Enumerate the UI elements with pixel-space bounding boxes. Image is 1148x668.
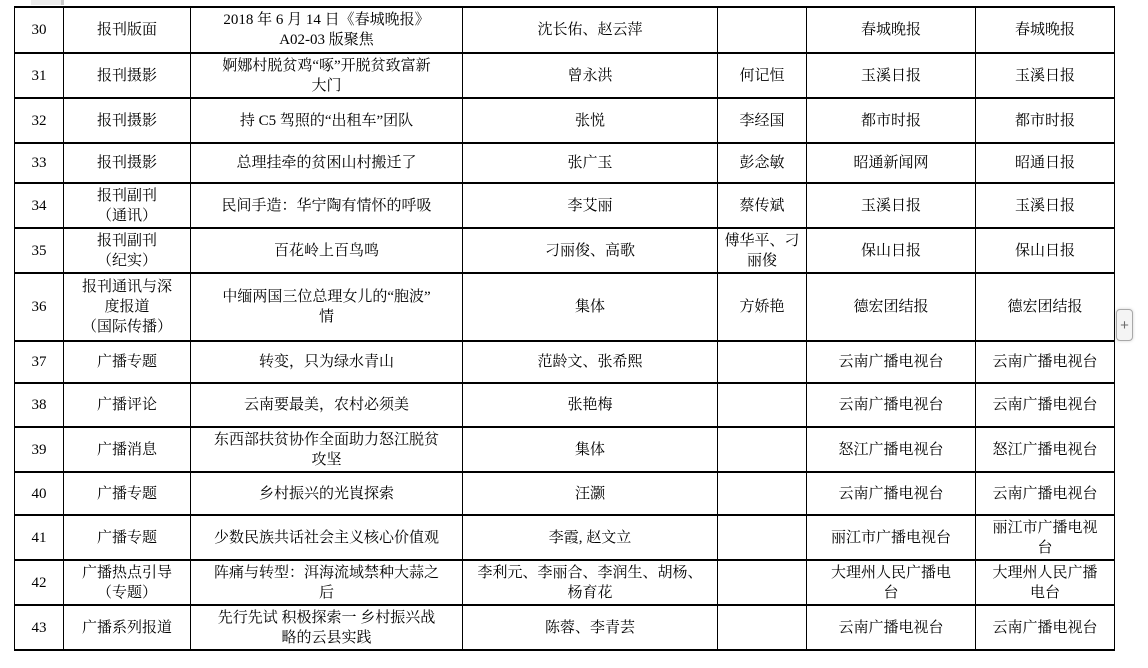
publisher-cell: 云南广播电视台 [807,605,976,650]
editors-cell [718,7,807,53]
title-cell: 民间手造：华宁陶有情怀的呼吸 [191,183,463,228]
authors-cell: 张悦 [463,98,718,143]
serial-number-cell: 36 [15,273,64,341]
authors-cell: 刁丽俊、高歌 [463,228,718,273]
category-cell: 广播热点引导 （专题） [64,560,191,605]
editors-cell [718,605,807,650]
table-row: 41广播专题少数民族共话社会主义核心价值观李霞, 赵文立丽江市广播电视台丽江市广… [15,515,1115,560]
recommender-cell: 云南广播电视台 [976,472,1115,515]
scroll-artifact [31,0,64,5]
awards-table-body: 30报刊版面2018 年 6 月 14 日《春城晚报》 A02-03 版聚焦沈长… [15,7,1115,650]
recommender-cell: 云南广播电视台 [976,383,1115,427]
serial-number-cell: 37 [15,341,64,383]
category-cell: 报刊版面 [64,7,191,53]
editors-cell: 方娇艳 [718,273,807,341]
authors-cell: 张广玉 [463,143,718,183]
serial-number-cell: 42 [15,560,64,605]
publisher-cell: 云南广播电视台 [807,472,976,515]
title-cell: 婀娜村脱贫鸡“啄”开脱贫致富新 大门 [191,53,463,98]
serial-number-cell: 39 [15,427,64,472]
expand-button[interactable]: + [1116,309,1133,341]
category-cell: 报刊摄影 [64,53,191,98]
table-row: 34报刊副刊 （通讯）民间手造：华宁陶有情怀的呼吸李艾丽蔡传斌玉溪日报玉溪日报 [15,183,1115,228]
title-cell: 阵痛与转型：洱海流域禁种大蒜之 后 [191,560,463,605]
category-cell: 广播专题 [64,515,191,560]
category-cell: 报刊通讯与深 度报道 （国际传播） [64,273,191,341]
title-cell: 总理挂牵的贫困山村搬迁了 [191,143,463,183]
publisher-cell: 云南广播电视台 [807,383,976,427]
recommender-cell: 保山日报 [976,228,1115,273]
authors-cell: 范龄文、张希熙 [463,341,718,383]
editors-cell: 傅华平、刁 丽俊 [718,228,807,273]
table-row: 42广播热点引导 （专题）阵痛与转型：洱海流域禁种大蒜之 后李利元、李丽合、李润… [15,560,1115,605]
category-cell: 广播系列报道 [64,605,191,650]
title-cell: 百花岭上百鸟鸣 [191,228,463,273]
serial-number-cell: 32 [15,98,64,143]
recommender-cell: 怒江广播电视台 [976,427,1115,472]
table-row: 33报刊摄影总理挂牵的贫困山村搬迁了张广玉彭念敏昭通新闻网昭通日报 [15,143,1115,183]
authors-cell: 集体 [463,273,718,341]
editors-cell: 何记恒 [718,53,807,98]
title-cell: 少数民族共话社会主义核心价值观 [191,515,463,560]
authors-cell: 集体 [463,427,718,472]
table-row: 30报刊版面2018 年 6 月 14 日《春城晚报》 A02-03 版聚焦沈长… [15,7,1115,53]
recommender-cell: 春城晚报 [976,7,1115,53]
serial-number-cell: 34 [15,183,64,228]
recommender-cell: 大理州人民广播 电台 [976,560,1115,605]
recommender-cell: 云南广播电视台 [976,605,1115,650]
table-row: 38广播评论云南要最美，农村必须美张艳梅云南广播电视台云南广播电视台 [15,383,1115,427]
category-cell: 广播消息 [64,427,191,472]
serial-number-cell: 40 [15,472,64,515]
publisher-cell: 怒江广播电视台 [807,427,976,472]
awards-table: 30报刊版面2018 年 6 月 14 日《春城晚报》 A02-03 版聚焦沈长… [14,6,1115,651]
serial-number-cell: 41 [15,515,64,560]
recommender-cell: 云南广播电视台 [976,341,1115,383]
editors-cell [718,515,807,560]
recommender-cell: 德宏团结报 [976,273,1115,341]
recommender-cell: 昭通日报 [976,143,1115,183]
authors-cell: 汪灏 [463,472,718,515]
authors-cell: 曾永洪 [463,53,718,98]
table-row: 43广播系列报道先行先试 积极探索一 乡村振兴战 略的云县实践陈蓉、李青芸云南广… [15,605,1115,650]
publisher-cell: 玉溪日报 [807,183,976,228]
title-cell: 转变，只为绿水青山 [191,341,463,383]
table-row: 40广播专题乡村振兴的光崀探索汪灏云南广播电视台云南广播电视台 [15,472,1115,515]
editors-cell [718,472,807,515]
publisher-cell: 保山日报 [807,228,976,273]
serial-number-cell: 43 [15,605,64,650]
recommender-cell: 玉溪日报 [976,183,1115,228]
title-cell: 云南要最美，农村必须美 [191,383,463,427]
title-cell: 乡村振兴的光崀探索 [191,472,463,515]
title-cell: 2018 年 6 月 14 日《春城晚报》 A02-03 版聚焦 [191,7,463,53]
title-cell: 东西部扶贫协作全面助力怒江脱贫 攻坚 [191,427,463,472]
publisher-cell: 大理州人民广播电 台 [807,560,976,605]
table-row: 36报刊通讯与深 度报道 （国际传播）中缅两国三位总理女儿的“胞波” 情集体方娇… [15,273,1115,341]
table-row: 35报刊副刊 （纪实）百花岭上百鸟鸣刁丽俊、高歌傅华平、刁 丽俊保山日报保山日报 [15,228,1115,273]
editors-cell: 李经国 [718,98,807,143]
serial-number-cell: 38 [15,383,64,427]
publisher-cell: 云南广播电视台 [807,341,976,383]
table-row: 31报刊摄影婀娜村脱贫鸡“啄”开脱贫致富新 大门曾永洪何记恒玉溪日报玉溪日报 [15,53,1115,98]
document-page: 30报刊版面2018 年 6 月 14 日《春城晚报》 A02-03 版聚焦沈长… [0,0,1148,668]
category-cell: 报刊摄影 [64,143,191,183]
recommender-cell: 玉溪日报 [976,53,1115,98]
category-cell: 报刊副刊 （通讯） [64,183,191,228]
title-cell: 先行先试 积极探索一 乡村振兴战 略的云县实践 [191,605,463,650]
category-cell: 广播专题 [64,472,191,515]
category-cell: 报刊副刊 （纪实） [64,228,191,273]
editors-cell [718,560,807,605]
title-cell: 中缅两国三位总理女儿的“胞波” 情 [191,273,463,341]
serial-number-cell: 31 [15,53,64,98]
publisher-cell: 德宏团结报 [807,273,976,341]
publisher-cell: 都市时报 [807,98,976,143]
serial-number-cell: 35 [15,228,64,273]
category-cell: 报刊摄影 [64,98,191,143]
authors-cell: 沈长佑、赵云萍 [463,7,718,53]
editors-cell [718,383,807,427]
editors-cell: 蔡传斌 [718,183,807,228]
recommender-cell: 丽江市广播电视 台 [976,515,1115,560]
authors-cell: 李利元、李丽合、李润生、胡杨、 杨育花 [463,560,718,605]
publisher-cell: 昭通新闻网 [807,143,976,183]
publisher-cell: 玉溪日报 [807,53,976,98]
authors-cell: 张艳梅 [463,383,718,427]
recommender-cell: 都市时报 [976,98,1115,143]
category-cell: 广播专题 [64,341,191,383]
serial-number-cell: 33 [15,143,64,183]
publisher-cell: 春城晚报 [807,7,976,53]
publisher-cell: 丽江市广播电视台 [807,515,976,560]
editors-cell: 彭念敏 [718,143,807,183]
category-cell: 广播评论 [64,383,191,427]
authors-cell: 李艾丽 [463,183,718,228]
editors-cell [718,341,807,383]
authors-cell: 李霞, 赵文立 [463,515,718,560]
authors-cell: 陈蓉、李青芸 [463,605,718,650]
table-row: 37广播专题转变，只为绿水青山范龄文、张希熙云南广播电视台云南广播电视台 [15,341,1115,383]
editors-cell [718,427,807,472]
table-row: 39广播消息东西部扶贫协作全面助力怒江脱贫 攻坚集体怒江广播电视台怒江广播电视台 [15,427,1115,472]
serial-number-cell: 30 [15,7,64,53]
title-cell: 持 C5 驾照的“出租车”团队 [191,98,463,143]
table-row: 32报刊摄影持 C5 驾照的“出租车”团队张悦李经国都市时报都市时报 [15,98,1115,143]
